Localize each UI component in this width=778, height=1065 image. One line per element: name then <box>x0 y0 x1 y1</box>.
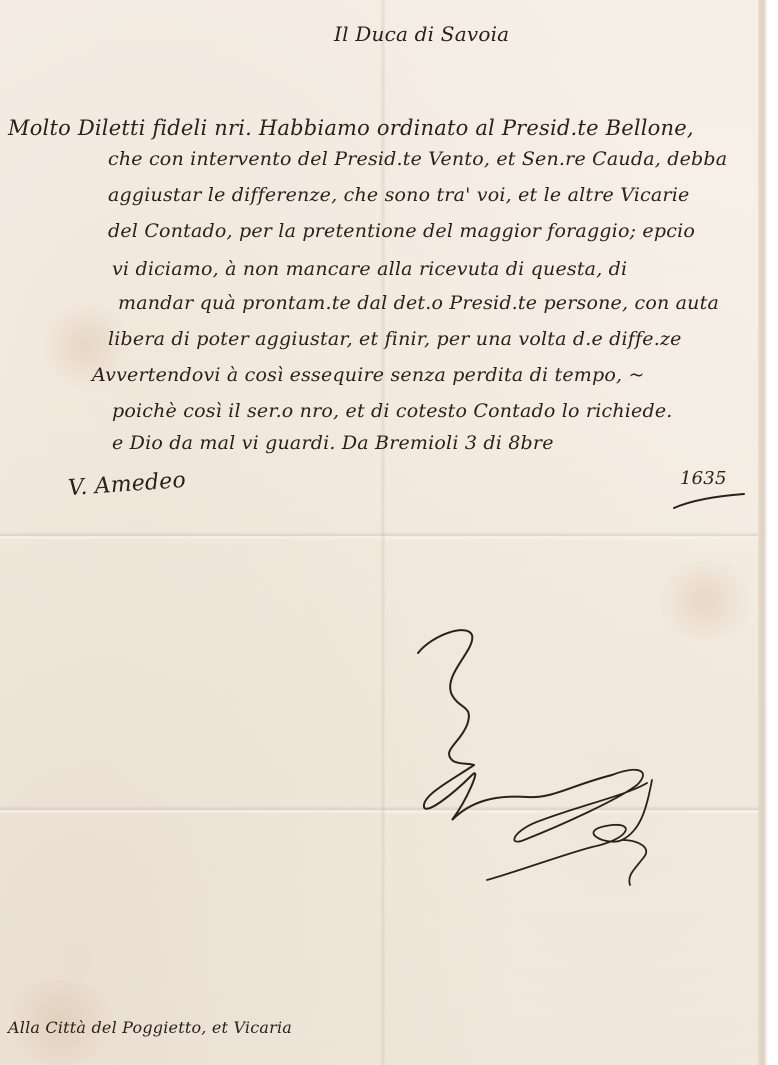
letter-year: 1635 <box>680 468 727 489</box>
year-underline-flourish-icon <box>672 492 747 512</box>
letter-heading: Il Duca di Savoia <box>334 22 509 46</box>
letter-paper: Il Duca di Savoia Molto Diletti fideli n… <box>0 0 766 1065</box>
body-line-5: vi diciamo, à non mancare alla ricevuta … <box>112 260 627 279</box>
body-line-1: Molto Diletti fideli nri. Habbiamo ordin… <box>8 118 694 139</box>
body-line-8: Avvertendovi à così essequire senza perd… <box>92 366 645 385</box>
paper-edge <box>758 0 768 1065</box>
body-line-9: poichè così il ser.o nro, et di cotesto … <box>112 402 673 421</box>
body-line-4: del Contado, per la pretentione del magg… <box>108 222 695 241</box>
body-line-10: e Dio da mal vi guardi. Da Bremioli 3 di… <box>112 434 554 453</box>
address-line: Alla Città del Poggietto, et Vicaria <box>8 1018 292 1037</box>
body-line-3: aggiustar le differenze, che sono tra' v… <box>108 186 689 205</box>
countersignature: V. Amedeo <box>67 468 186 501</box>
body-line-2: che con intervento del Presid.te Vento, … <box>108 150 727 169</box>
body-line-7: libera di poter aggiustar, et finir, per… <box>108 330 682 349</box>
ducal-signature-flourish-icon <box>412 625 672 890</box>
body-line-6: mandar quà prontam.te dal det.o Presid.t… <box>118 294 719 313</box>
